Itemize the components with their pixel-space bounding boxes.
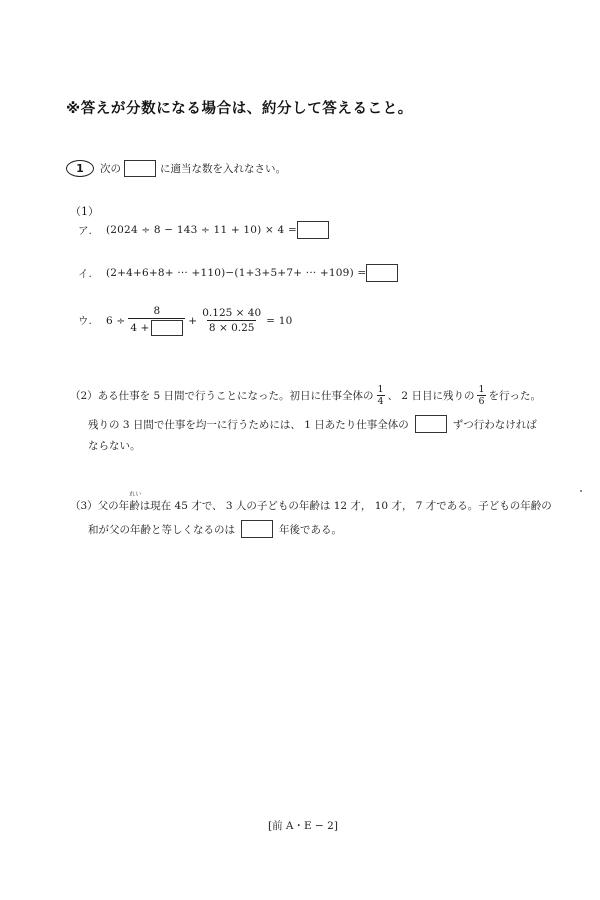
problem-2-line-2: 残りの 3 日間で仕事を均一に行うためには、 1 日あたり仕事全体の ずつ行わな… [88, 415, 537, 433]
problem-2-text-d: 残りの 3 日間で仕事を均一に行うためには、 1 日あたり仕事全体の [88, 417, 409, 432]
problem-3-text-b: は現在 45 才で、 3 人の子どもの年齢は 12 才， 10 才， 7 才であ… [140, 498, 552, 513]
problem-2-line-1: （2） ある仕事を 5 日間で行うことになった。初日に仕事全体の 1 4 、 2… [70, 384, 541, 407]
ruby-base: 齢 [129, 500, 140, 512]
fraction-numerator: 1 [477, 384, 485, 395]
fraction-2-numerator: 0.125 × 40 [200, 307, 263, 320]
problem-3-line-2: 和が父の年齢と等しくなるのは 年後である。 [88, 520, 342, 538]
fraction-2: 0.125 × 40 8 × 0.25 [200, 307, 263, 334]
problem-2-line-3: ならない。 [88, 438, 141, 453]
ruby-annotated-char: れい 齢 [129, 498, 140, 513]
expression-result: = 10 [266, 315, 292, 327]
instruction-before: 次の [100, 161, 121, 176]
problem-3-line-1: （3） 父の年 れい 齢 は現在 45 才で、 3 人の子どもの年齢は 12 才… [70, 498, 552, 513]
problem-2-text-c: を行った。 [489, 388, 542, 403]
scan-speck [580, 490, 582, 492]
page-footer: [前 A・E − 2] [268, 818, 338, 833]
question-number-badge: 1 [66, 160, 94, 177]
answer-box-3[interactable] [241, 520, 273, 538]
answer-box-example [124, 160, 156, 177]
instruction-after: に適当な数を入れなさい。 [160, 161, 286, 176]
problem-2-text-e: ずつ行わなければ [453, 417, 537, 432]
fraction-1-den-prefix: 4 + [130, 322, 149, 334]
expression-1a: (2024 ÷ 8 − 143 ÷ 11 + 10) × 4 = [106, 224, 297, 236]
expression-1i: (2+4+6+8+ ··· +110)−(1+3+5+7+ ··· +109) … [106, 267, 366, 279]
fraction-denominator: 6 [477, 395, 485, 407]
expression-lead: 6 ÷ [106, 315, 125, 327]
fraction-notice: ※答えが分数になる場合は、約分して答えること。 [66, 97, 413, 118]
fraction-denominator: 4 [377, 395, 385, 407]
problem-3-text-a: 父の年 [98, 498, 130, 513]
fraction-1-denominator: 4 + [128, 318, 185, 336]
problem-1a: ア. (2024 ÷ 8 − 143 ÷ 11 + 10) × 4 = [78, 221, 329, 239]
problem-kana-u: ウ. [78, 313, 106, 328]
problem-3-text-d: 年後である。 [279, 522, 342, 537]
answer-box-1u[interactable] [151, 320, 183, 336]
fraction-1: 8 4 + [128, 305, 185, 336]
problem-kana-a: ア. [78, 223, 106, 238]
fraction-one-quarter: 1 4 [377, 384, 385, 407]
answer-box-2[interactable] [415, 415, 447, 433]
problem-1u: ウ. 6 ÷ 8 4 + + 0.125 × 40 8 × 0.25 = 10 [78, 305, 292, 336]
ruby-reading: れい [129, 489, 140, 498]
fraction-numerator: 1 [377, 384, 385, 395]
fraction-2-denominator: 8 × 0.25 [207, 320, 257, 334]
answer-box-1i[interactable] [366, 264, 398, 282]
problem-3-text-c: 和が父の年齢と等しくなるのは [88, 522, 235, 537]
problem-2-text-a: ある仕事を 5 日間で行うことになった。初日に仕事全体の [98, 388, 374, 403]
problem-1i: イ. (2+4+6+8+ ··· +110)−(1+3+5+7+ ··· +10… [78, 264, 398, 282]
part-2-label: （2） [70, 388, 98, 403]
problem-kana-i: イ. [78, 266, 106, 281]
fraction-1-numerator: 8 [151, 305, 162, 318]
question-1-header: 1 次の に適当な数を入れなさい。 [66, 160, 286, 177]
part-1-label: （1） [70, 203, 99, 219]
problem-2-text-b: 、 2 日目に残りの [388, 388, 475, 403]
fraction-one-sixth: 1 6 [477, 384, 485, 407]
answer-box-1a[interactable] [297, 221, 329, 239]
plus-sign: + [188, 315, 197, 327]
part-3-label: （3） [70, 498, 98, 513]
